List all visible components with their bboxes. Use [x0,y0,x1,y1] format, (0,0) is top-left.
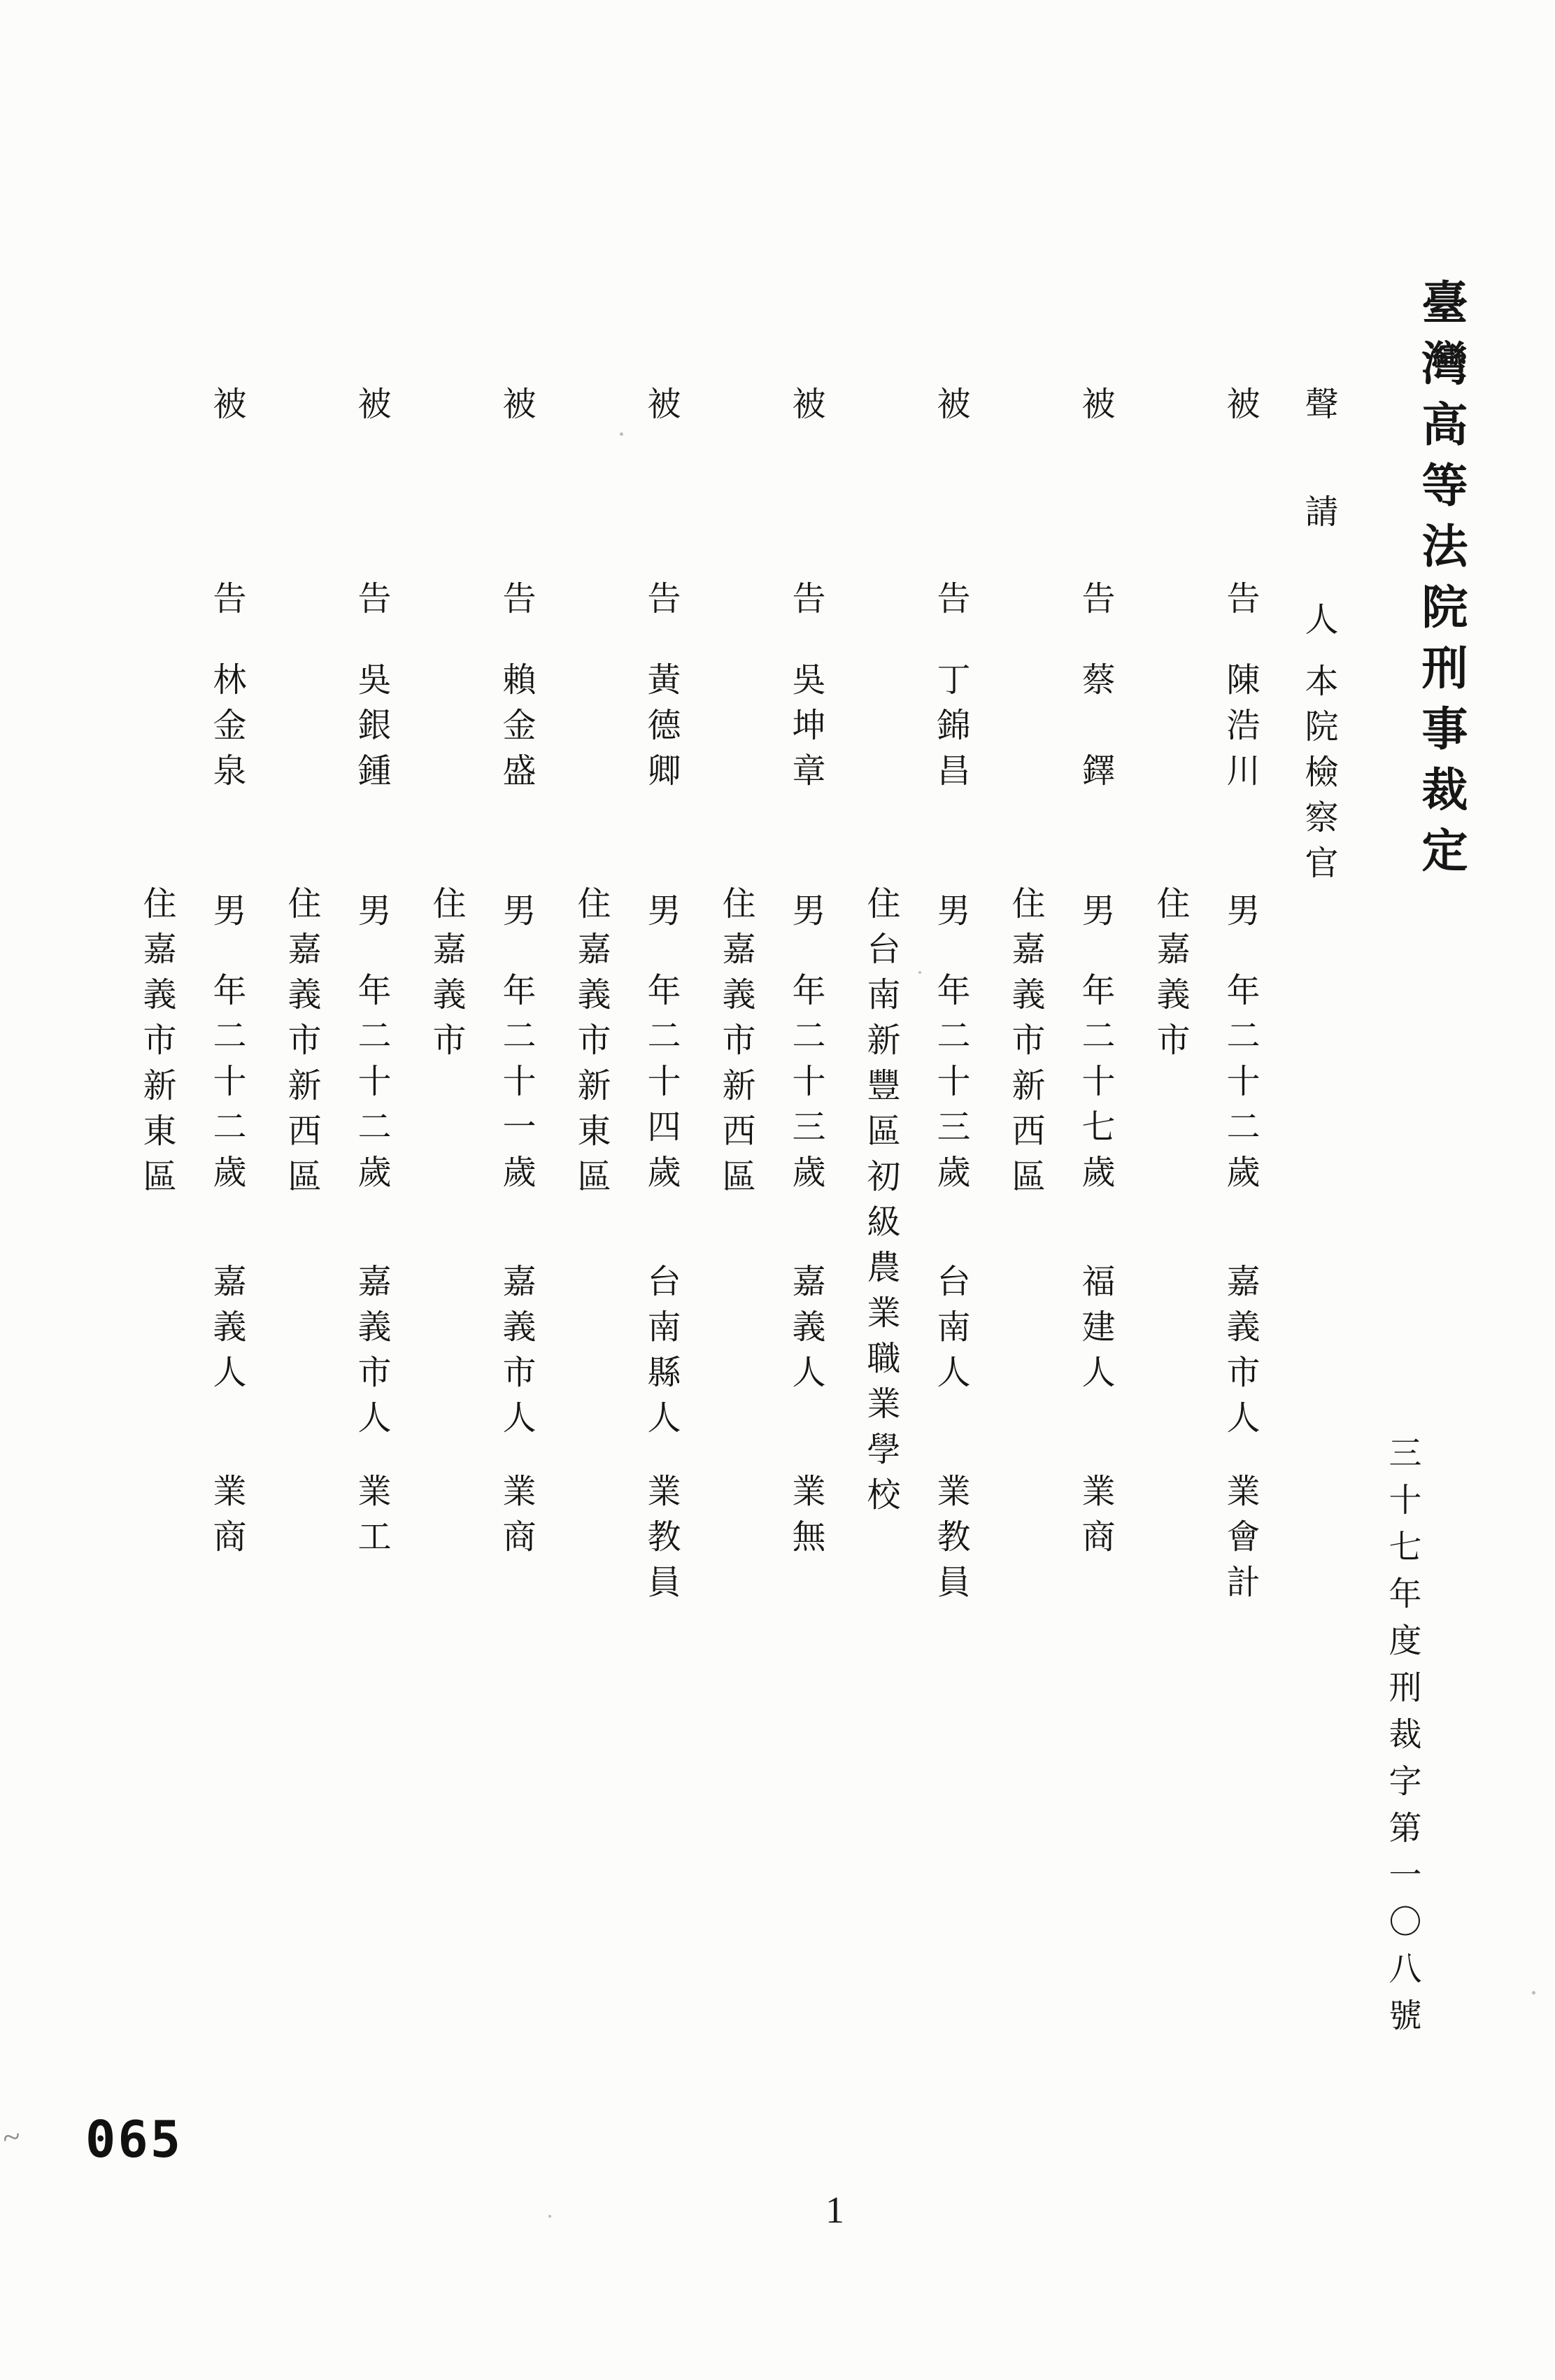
defendant-name: 丁錦昌 [933,662,967,798]
defendant-residence: 住嘉義市新東區 [574,886,607,1204]
defendant-sex: 男 [499,893,532,938]
defendant-address-column: 住嘉義市新西區 [1005,0,1044,2380]
defendant-origin: 台南人 [933,1263,967,1400]
defendant-name: 蔡 鐸 [1078,662,1112,798]
defendant-main-column: 被 告 吳銀鍾 男 年二十二歲 嘉義市人 業工 [351,0,390,2380]
defendant-name: 賴金盛 [499,662,532,798]
defendant-role-top: 被 [209,386,243,432]
defendant-origin: 台南縣人 [644,1263,677,1445]
defendant-origin: 嘉義人 [788,1263,822,1400]
defendant-age: 年二十三歲 [933,972,967,1200]
defendant-role-bottom: 告 [644,581,677,626]
case-number: 三十七年度刑裁字第一〇八號 [1386,1436,1419,2045]
page-number: 1 [825,2188,844,2232]
defendant-address-column: 住嘉義市 [426,0,465,2380]
defendant-occupation: 業會計 [1223,1473,1256,1610]
defendant-occupation: 業無 [788,1473,822,1564]
defendant-sex: 男 [644,893,677,938]
defendant-role-top: 被 [644,386,677,432]
defendant-residence: 住嘉義市新西區 [284,886,318,1204]
defendant-sex: 男 [788,893,822,938]
defendant-address-column: 住嘉義市 [1150,0,1189,2380]
defendant-role-top: 被 [933,386,967,432]
defendant-origin: 嘉義市人 [499,1263,532,1445]
defendant-name: 陳浩川 [1223,662,1256,798]
defendant-role-top: 被 [1223,386,1256,432]
scan-mark: ~ [0,2117,23,2157]
defendant-role-bottom: 告 [1078,581,1112,626]
defendant-role-top: 被 [1078,386,1112,432]
defendant-sex: 男 [933,893,967,938]
defendant-main-column: 被 告 丁錦昌 男 年二十三歲 台南人 業教員 [930,0,970,2380]
defendant-residence: 住嘉義市 [429,886,462,1068]
defendant-residence: 住台南新豐區初級農業職業學校 [863,886,897,1522]
defendant-address-column: 住台南新豐區初級農業職業學校 [860,0,900,2380]
defendant-main-column: 被 告 黃德卿 男 年二十四歲 台南縣人 業教員 [641,0,680,2380]
applicant-column: 聲 請 人 本院檢察官 [1298,0,1337,2380]
defendant-occupation: 業商 [209,1473,243,1564]
defendant-role-bottom: 告 [354,581,388,626]
defendant-sex: 男 [1223,893,1256,938]
defendant-occupation: 業教員 [644,1473,677,1610]
defendant-name: 吳坤章 [788,662,822,798]
defendant-origin: 嘉義人 [209,1263,243,1400]
defendant-sex: 男 [1078,893,1112,938]
defendant-name: 林金泉 [209,662,243,798]
defendant-role-top: 被 [788,386,822,432]
defendant-age: 年二十二歲 [209,972,243,1200]
defendant-role-bottom: 告 [209,581,243,626]
defendant-occupation: 業商 [499,1473,532,1564]
defendant-address-column: 住嘉義市新東區 [136,0,176,2380]
defendant-age: 年二十七歲 [1078,972,1112,1200]
scan-speck [918,971,921,974]
defendant-residence: 住嘉義市新西區 [718,886,752,1204]
defendant-main-column: 被 告 林金泉 男 年二十二歲 嘉義人 業商 [206,0,246,2380]
defendant-name: 吳銀鍾 [354,662,388,798]
defendant-role-top: 被 [354,386,388,432]
defendant-main-column: 被 告 吳坤章 男 年二十三歲 嘉義人 業無 [786,0,825,2380]
applicant-name: 本院檢察官 [1301,663,1335,891]
defendant-residence: 住嘉義市新東區 [139,886,173,1204]
archive-stamp: 065 [85,2110,183,2169]
defendant-main-column: 被 告 蔡 鐸 男 年二十七歲 福建人 業商 [1075,0,1114,2380]
defendant-sex: 男 [209,893,243,938]
applicant-role-label: 聲 請 人 [1301,386,1335,656]
scan-speck [620,432,623,436]
defendant-age: 年二十二歲 [354,972,388,1200]
defendant-age: 年二十二歲 [1223,972,1256,1200]
defendant-origin: 嘉義市人 [1223,1263,1256,1445]
defendant-address-column: 住嘉義市新西區 [716,0,755,2380]
defendant-occupation: 業教員 [933,1473,967,1610]
defendant-age: 年二十三歲 [788,972,822,1200]
defendant-address-column: 住嘉義市新西區 [281,0,320,2380]
defendant-role-top: 被 [499,386,532,432]
defendant-main-column: 被 告 賴金盛 男 年二十一歲 嘉義市人 業商 [496,0,535,2380]
defendant-role-bottom: 告 [1223,581,1256,626]
defendant-address-column: 住嘉義市新東區 [571,0,610,2380]
scan-speck [1532,1991,1535,1995]
defendant-origin: 嘉義市人 [354,1263,388,1445]
defendant-role-bottom: 告 [788,581,822,626]
defendant-age: 年二十四歲 [644,972,677,1200]
scanned-page: 臺灣高等法院刑事裁定 三十七年度刑裁字第一〇八號 聲 請 人 本院檢察官 被 告… [0,0,1555,2380]
defendant-occupation: 業工 [354,1473,388,1564]
title-column: 臺灣高等法院刑事裁定 [1420,0,1459,2380]
defendant-main-column: 被 告 陳浩川 男 年二十二歲 嘉義市人 業會計 [1220,0,1259,2380]
defendant-role-bottom: 告 [933,581,967,626]
defendant-role-bottom: 告 [499,581,532,626]
scan-speck [548,2215,551,2218]
defendant-residence: 住嘉義市 [1153,886,1186,1068]
case-number-column: 三十七年度刑裁字第一〇八號 [1382,0,1421,2380]
defendant-origin: 福建人 [1078,1263,1112,1400]
defendant-age: 年二十一歲 [499,972,532,1200]
defendant-residence: 住嘉義市新西區 [1008,886,1042,1204]
defendant-occupation: 業商 [1078,1473,1112,1564]
defendant-sex: 男 [354,893,388,938]
page-title: 臺灣高等法院刑事裁定 [1416,278,1463,887]
defendant-name: 黃德卿 [644,662,677,798]
